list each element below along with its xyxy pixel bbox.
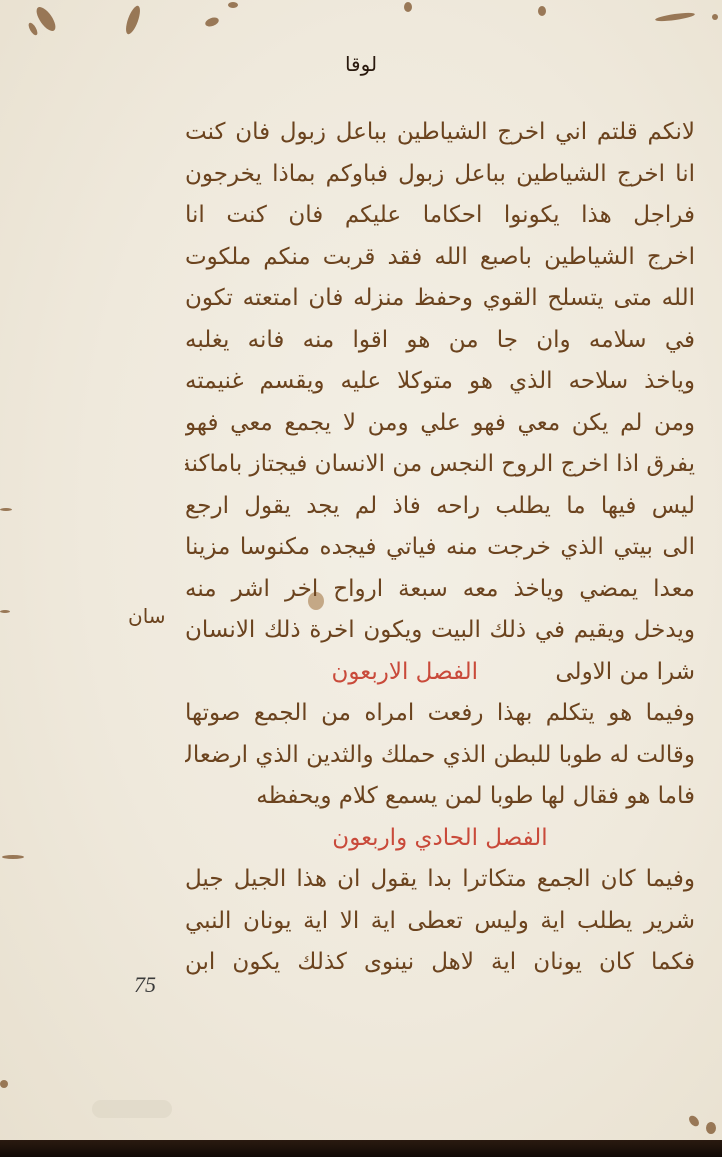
manuscript-page: لوقا لانكم قلتم اني اخرج الشياطين بباعل … [0,0,722,1146]
chapter-heading-40: الفصل الاربعون [331,659,478,685]
text-line: فراجل هذا يكونوا احكاما عليكم فان كنت ان… [185,195,695,237]
text-line: وياخذ سلاحه الذي هو متوكلا عليه ويقسم غن… [185,361,695,403]
text-line: معدا يمضي وياخذ معه سبعة ارواح اخر اشر م… [185,569,695,611]
ink-stain [2,855,24,859]
ink-stain [0,1080,8,1088]
ink-stain [538,6,546,16]
ink-stain [228,2,238,8]
ink-stain [706,1122,716,1134]
text-line: لانكم قلتم اني اخرج الشياطين بباعل زبول … [185,112,695,154]
ink-stain [687,1114,701,1128]
text-line: في سلامه وان جا من هو اقوا منه فانه يغلب… [185,320,695,362]
ink-stain [404,2,412,12]
ink-stain [123,4,143,36]
ink-stain [27,21,39,36]
text-line: انا اخرج الشياطين بباعل زبول فباوكم بماذ… [185,154,695,196]
text-line: ومن لم يكن معي فهو علي ومن لا يجمع معي ف… [185,403,695,445]
ink-stain [655,11,695,23]
text-line: وقالت له طوبا للبطن الذي حملك والثدين ال… [185,735,695,777]
library-stamp [92,1100,172,1118]
text-line: الله متى يتسلح القوي وحفظ منزله فان امتع… [185,278,695,320]
chapter-heading-41: الفصل الحادي واربعون [185,818,695,860]
text-line-with-heading: شرا من الاولى الفصل الاربعون [185,652,695,694]
margin-note: سان [128,604,166,628]
text-line: وفيما هو يتكلم بهذا رفعت امراه من الجمع … [185,693,695,735]
text-fragment: شرا من الاولى [555,659,695,685]
text-line: اخرج الشياطين باصبع الله فقد قربت منكم م… [185,237,695,279]
page-bottom-edge [0,1140,722,1157]
text-line: الى بيتي الذي خرجت منه فياتي فيجده مكنوس… [185,527,695,569]
ink-stain [0,610,10,613]
page-header: لوقا [0,52,722,76]
ink-stain [204,16,220,28]
text-line: فكما كان يونان اية لاهل نينوى كذلك يكون … [185,942,695,984]
text-line: وفيما كان الجمع متكاترا بدا يقول ان هذا … [185,859,695,901]
folio-number: 75 [134,972,156,998]
text-line: ويدخل ويقيم في ذلك البيت ويكون اخرة ذلك … [185,610,695,652]
text-line: شرير يطلب اية وليس تعطى اية الا اية يونا… [185,901,695,943]
text-line: يفرق اذا اخرج الروح النجس من الانسان فيج… [185,444,695,486]
text-line: فاما هو فقال لها طوبا لمن يسمع كلام ويحف… [185,776,695,818]
manuscript-text: لانكم قلتم اني اخرج الشياطين بباعل زبول … [185,112,695,984]
ink-stain [0,508,12,511]
text-line: ليس فيها ما يطلب راحه فاذ لم يجد يقول ار… [185,486,695,528]
ink-stain [712,14,718,20]
